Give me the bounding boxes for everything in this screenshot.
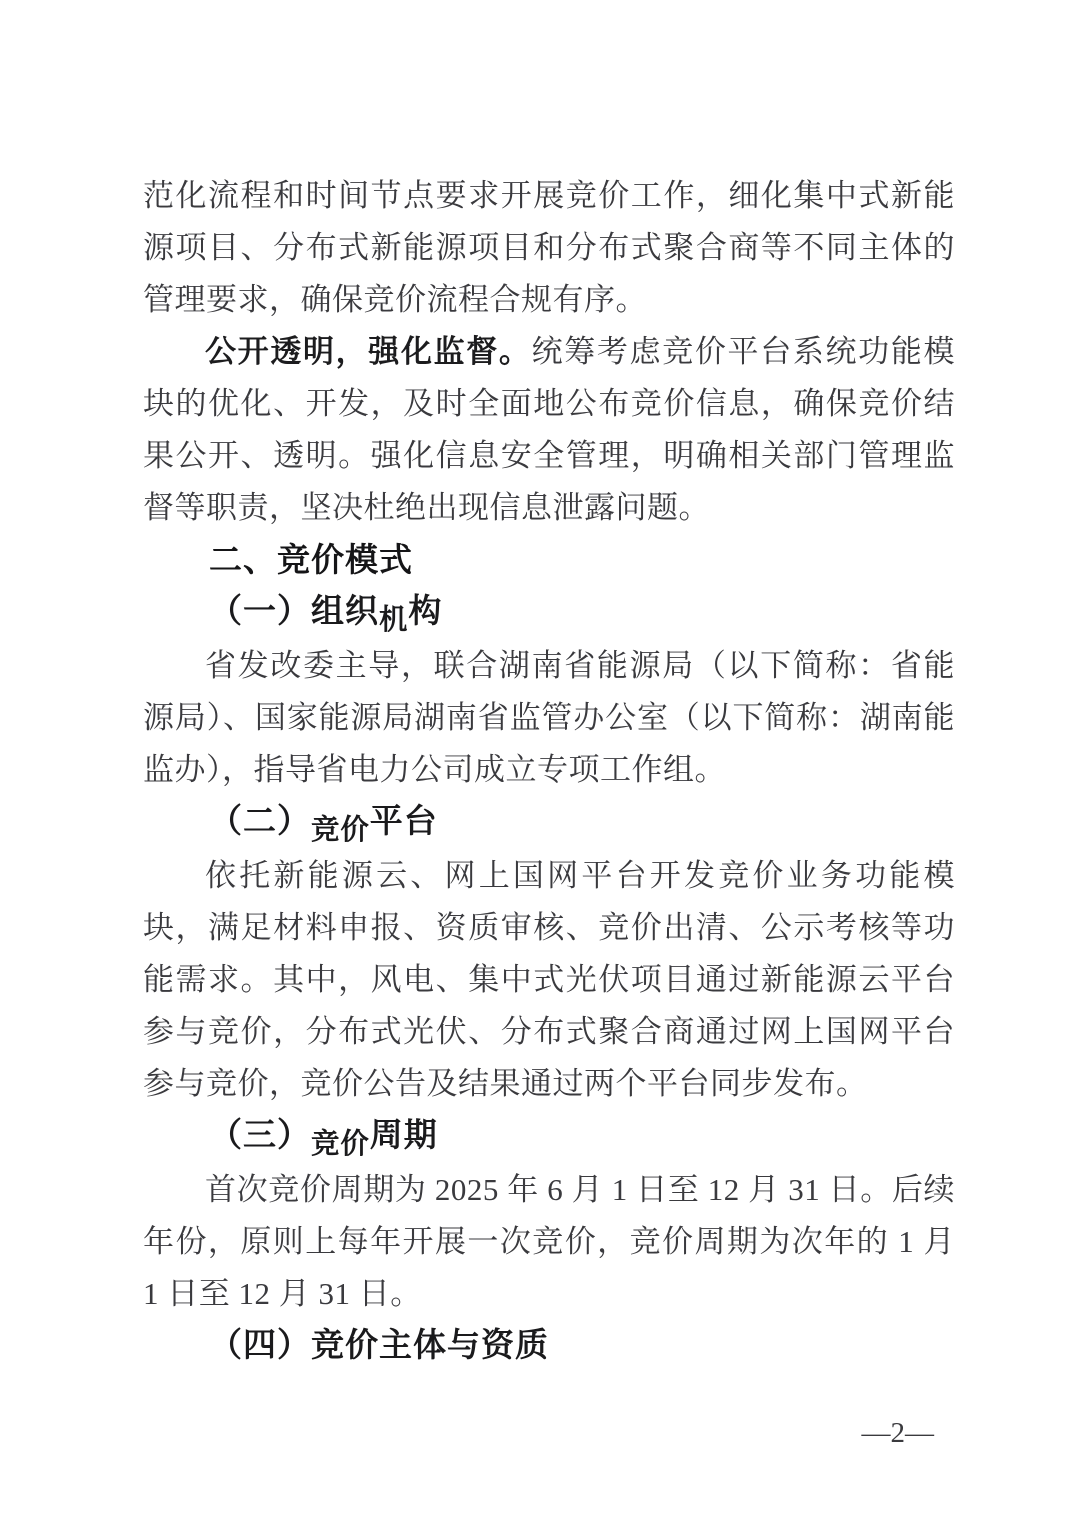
section-2-title-b: 平台 <box>370 804 438 840</box>
paragraph-continuation: 范化流程和时间节点要求开展竞价工作，细化集中式新能源项目、分布式新能源项目和分布… <box>143 170 955 326</box>
paragraph-lead-bold: 公开透明，强化监督。 <box>205 334 532 369</box>
section-1-title-a: 组织 <box>311 594 379 630</box>
paragraph-transparency: 公开透明，强化监督。统筹考虑竞价平台系统功能模块的优化、开发，及时全面地公布竞价… <box>143 326 955 534</box>
section-heading-4: （四）竞价主体与资质 <box>143 1320 955 1372</box>
section-2-title-low: 竞价 <box>311 815 370 846</box>
section-4-title-b: 竞价主体与资质 <box>311 1328 549 1364</box>
section-heading-3: （三）竞价周期 <box>143 1110 955 1164</box>
document-page: { "document": { "paragraphs": { "continu… <box>0 0 1080 1527</box>
section-1-body: 省发改委主导，联合湖南省能源局（以下简称：省能源局）、国家能源局湖南省监管办公室… <box>143 640 955 796</box>
section-heading-1: （一）组织机构 <box>143 586 955 640</box>
section-2-body: 依托新能源云、网上国网平台开发竞价业务功能模块，满足材料申报、资质审核、竞价出清… <box>143 850 955 1110</box>
section-1-title-low: 机 <box>379 605 408 636</box>
section-3-prefix: （三） <box>209 1118 311 1154</box>
section-3-body: 首次竞价周期为 2025 年 6 月 1 日至 12 月 31 日。后续年份，原… <box>143 1164 955 1320</box>
chapter-heading: 二、竞价模式 <box>143 534 955 586</box>
section-1-prefix: （一） <box>209 594 311 630</box>
section-4-prefix: （四） <box>209 1328 311 1364</box>
section-3-title-low: 竞价 <box>311 1129 370 1160</box>
section-2-prefix: （二） <box>209 804 311 840</box>
document-body: 范化流程和时间节点要求开展竞价工作，细化集中式新能源项目、分布式新能源项目和分布… <box>143 170 955 1372</box>
page-number: —2— <box>862 1416 935 1450</box>
section-heading-2: （二）竞价平台 <box>143 796 955 850</box>
section-3-title-b: 周期 <box>370 1118 438 1154</box>
section-1-title-b: 构 <box>408 594 442 630</box>
